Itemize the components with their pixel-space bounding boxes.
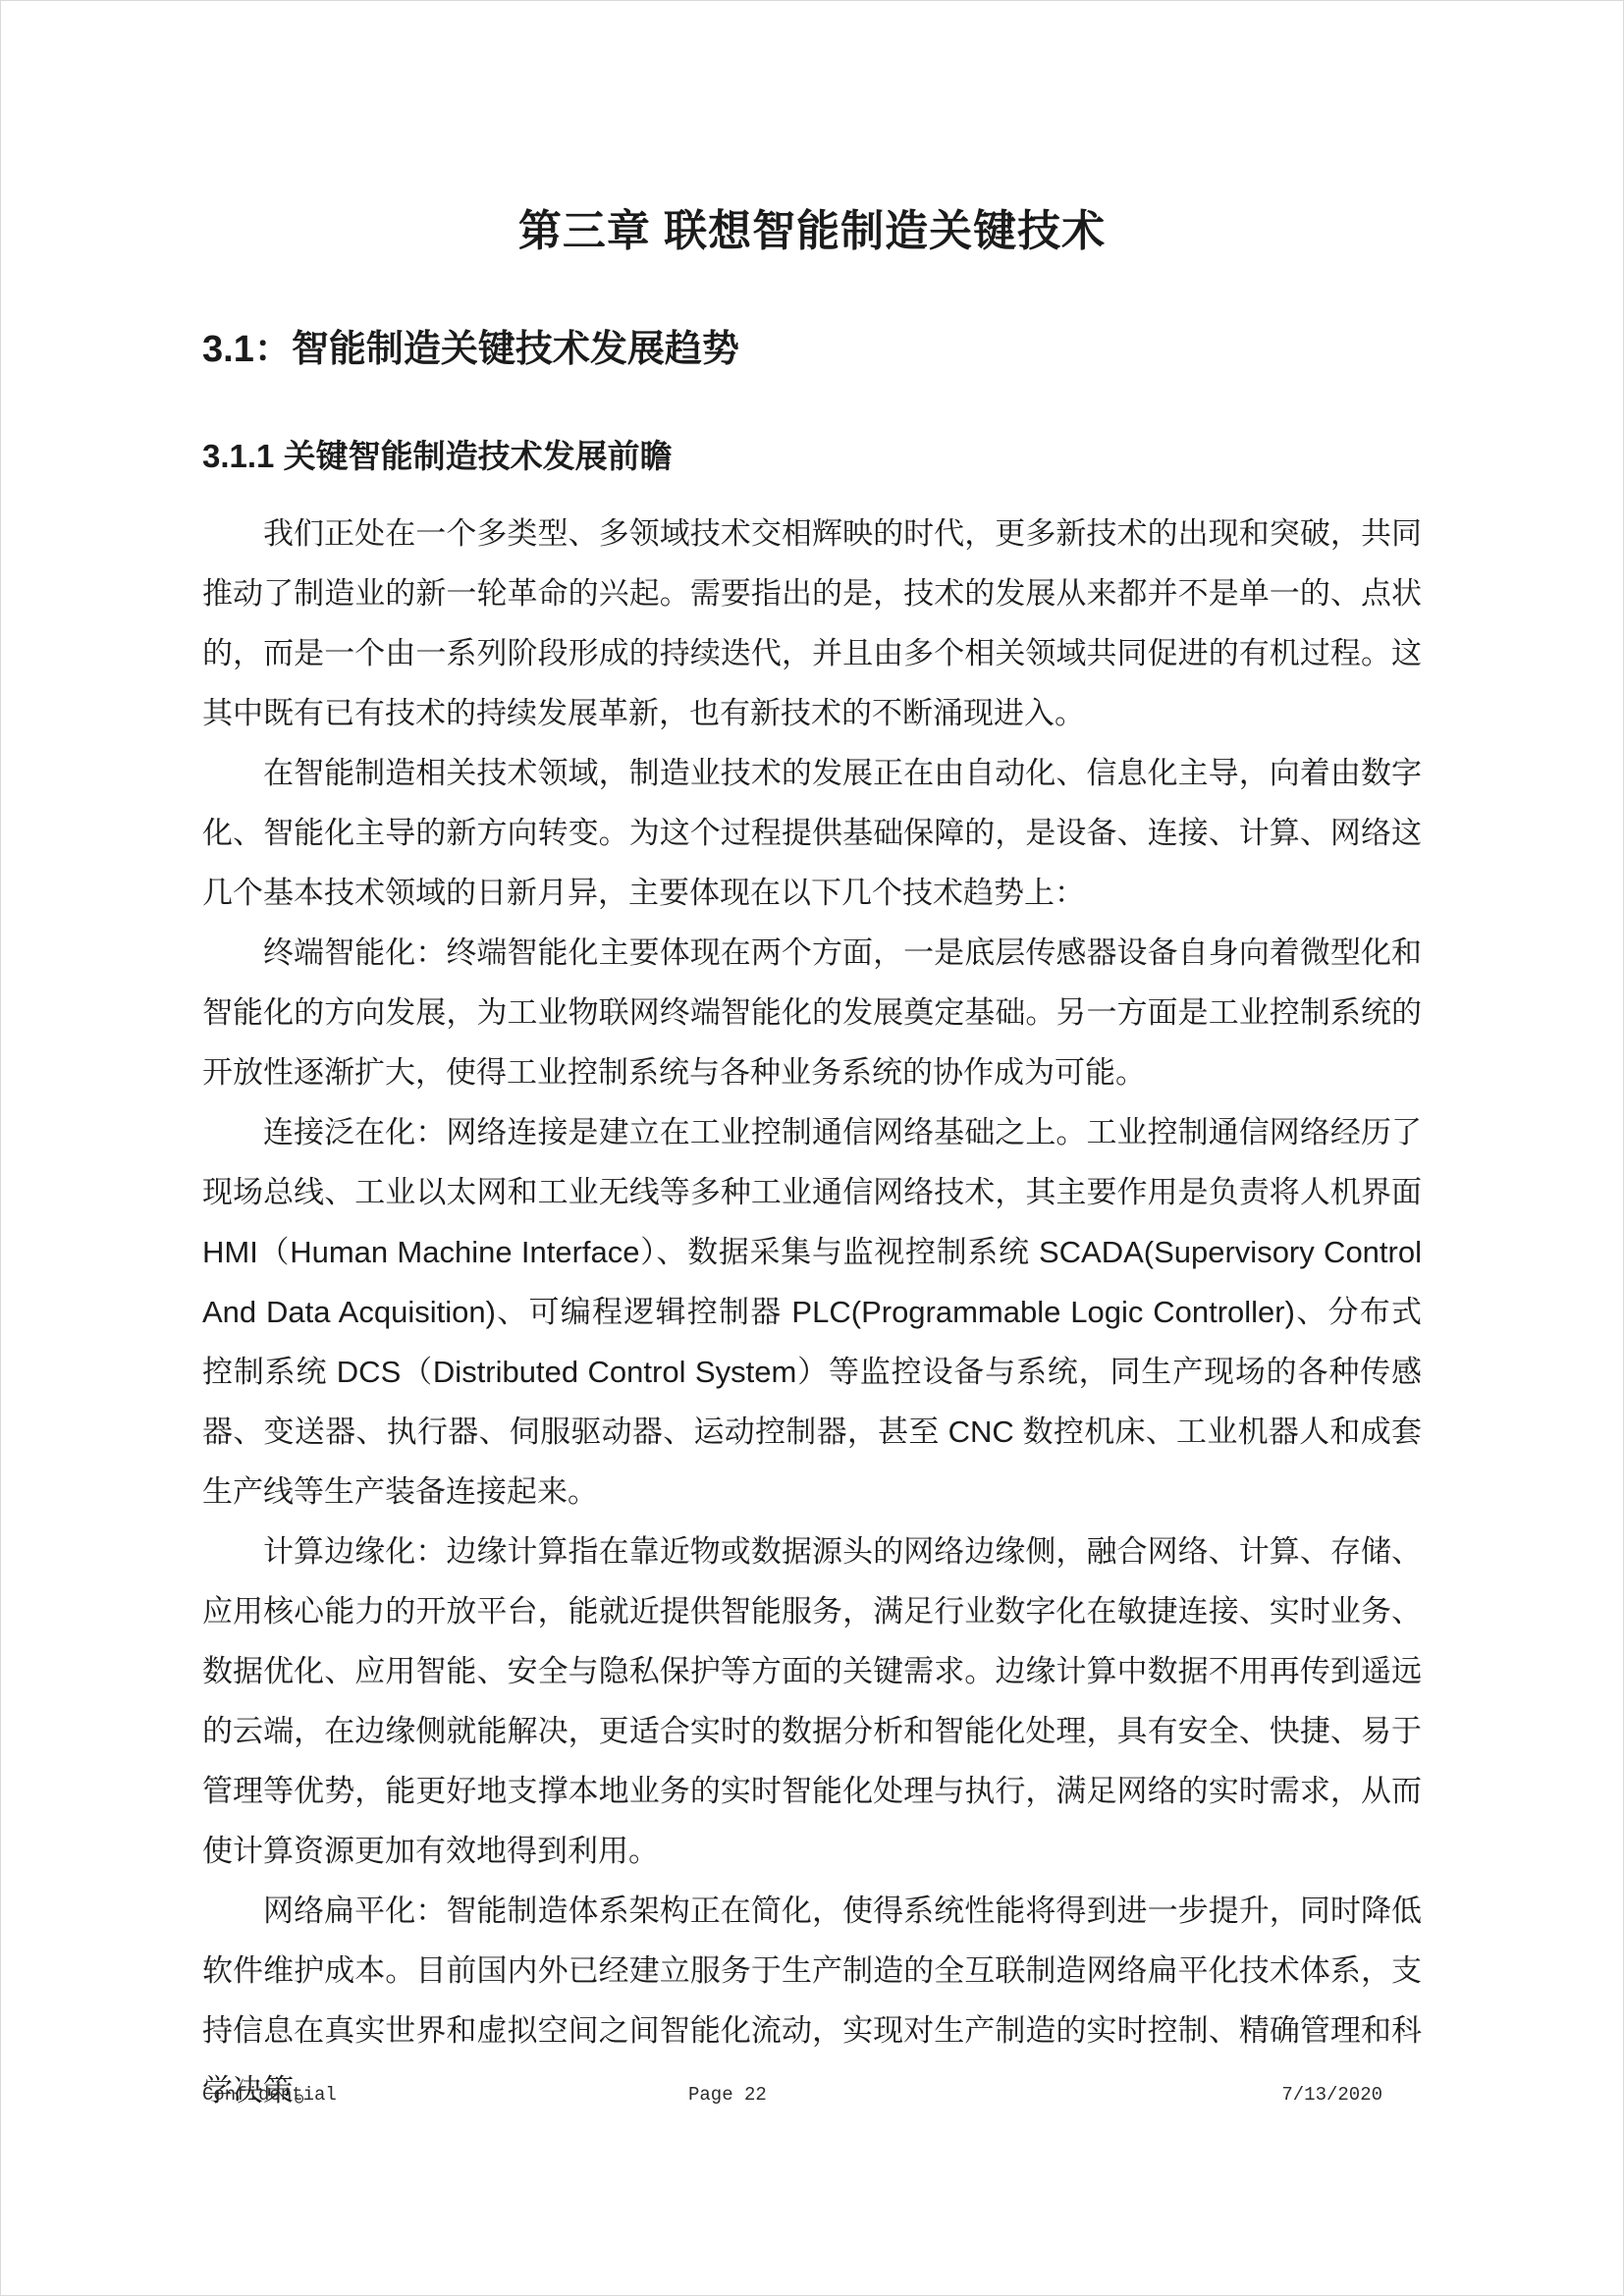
page-footer: Confidential Page 22 7/13/2020	[202, 2084, 1422, 2113]
document-page: 第三章 联想智能制造关键技术 3.1：智能制造关键技术发展趋势 3.1.1 关键…	[0, 0, 1624, 2296]
body-paragraph: 我们正处在一个多类型、多领域技术交相辉映的时代，更多新技术的出现和突破，共同推动…	[202, 504, 1422, 743]
body-text: 我们正处在一个多类型、多领域技术交相辉映的时代，更多新技术的出现和突破，共同推动…	[202, 504, 1422, 2120]
section-heading: 3.1：智能制造关键技术发展趋势	[202, 328, 1422, 373]
body-paragraph: 连接泛在化：网络连接是建立在工业控制通信网络基础之上。工业控制通信网络经历了现场…	[202, 1102, 1422, 1522]
footer-date: 7/13/2020	[1281, 2084, 1382, 2106]
body-paragraph: 计算边缘化：边缘计算指在靠近物或数据源头的网络边缘侧，融合网络、计算、存储、应用…	[202, 1522, 1422, 1881]
body-paragraph: 终端智能化：终端智能化主要体现在两个方面，一是底层传感器设备自身向着微型化和智能…	[202, 923, 1422, 1102]
footer-page-number: Page 22	[688, 2084, 767, 2106]
chapter-title: 第三章 联想智能制造关键技术	[202, 207, 1422, 257]
subsection-heading: 3.1.1 关键智能制造技术发展前瞻	[202, 437, 1422, 476]
body-paragraph: 在智能制造相关技术领域，制造业技术的发展正在由自动化、信息化主导，向着由数字化、…	[202, 743, 1422, 923]
footer-confidential-label: Confidential	[202, 2084, 337, 2106]
